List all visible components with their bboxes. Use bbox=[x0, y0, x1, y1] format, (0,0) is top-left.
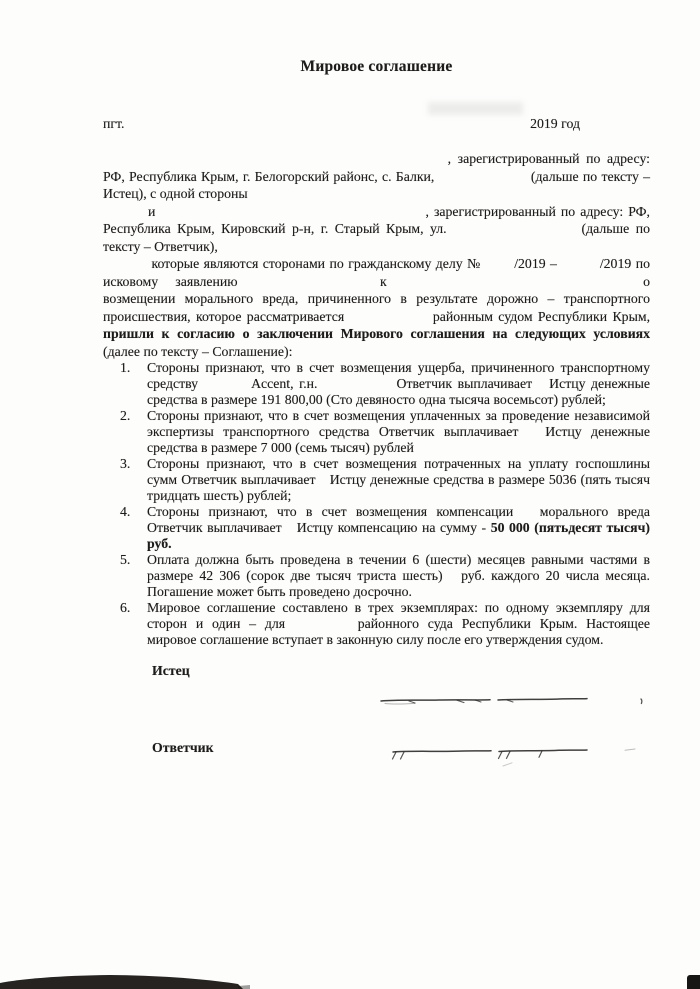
text-segment: пришли к согласию о заключении Мирового … bbox=[103, 326, 650, 341]
paragraph: которые являются сторонами по гражданско… bbox=[103, 255, 650, 360]
text-segment: сумм Ответчик выплачивает bbox=[147, 472, 316, 487]
term-number: 2. bbox=[120, 408, 130, 424]
term-number: 3. bbox=[120, 456, 130, 472]
text-segment: о bbox=[643, 274, 650, 289]
plaintiff-label: Истец bbox=[152, 663, 190, 679]
text-line: , зарегистрированный по адресу: bbox=[103, 150, 650, 168]
text-segment: Истец), с одной стороны bbox=[103, 186, 248, 201]
text-segment: средства в размере 7 000 (семь тысяч) ру… bbox=[147, 440, 414, 455]
text-line: происшествия, которое рассматривается ра… bbox=[103, 308, 650, 326]
scan-artifact-erased-text bbox=[428, 102, 523, 115]
signature-block: Истец Ответчик bbox=[103, 663, 650, 784]
text-segment: (дальше по тексту – bbox=[531, 169, 650, 184]
term-number: 4. bbox=[120, 504, 130, 520]
text-segment: Истцу денежные bbox=[549, 376, 650, 391]
text-line: и , зарегистрированный по адресу: РФ, bbox=[103, 203, 650, 221]
text-segment: Стороны признают, что в счет возмещения … bbox=[147, 360, 650, 375]
defendant-signature-line bbox=[389, 744, 639, 770]
text-segment: тридцать шесть) рублей; bbox=[147, 488, 291, 503]
text-line: Стороны признают, что в счет возмещения … bbox=[147, 360, 650, 376]
text-line: экспертизы транспортного средства Ответч… bbox=[147, 424, 650, 440]
text-segment: происшествия, которое рассматривается bbox=[103, 309, 344, 324]
text-segment: средства в размере 191 800,00 (Сто девян… bbox=[147, 392, 606, 407]
text-segment: к bbox=[380, 274, 387, 289]
text-line: Мировое соглашение составлено в трех экз… bbox=[147, 600, 650, 616]
text-line: сторон и один – для районного суда Респу… bbox=[147, 616, 650, 632]
text-segment: средству bbox=[147, 376, 198, 391]
text-line: тридцать шесть) рублей; bbox=[147, 488, 650, 504]
text-segment: районным судом Республики Крым, bbox=[433, 309, 650, 324]
text-line: тексту – Ответчик), bbox=[103, 238, 650, 256]
text-segment: Ответчик выплачивает bbox=[396, 376, 532, 391]
term-item: 3.Стороны признают, что в счет возмещени… bbox=[103, 456, 650, 504]
text-line: Стороны признают, что в счет возмещения … bbox=[147, 408, 650, 424]
text-line: исковому заявлению к о bbox=[103, 273, 650, 291]
text-line: Республика Крым, Кировский р-н, г. Стары… bbox=[103, 220, 650, 238]
text-segment: руб. каждого 20 числа месяца. bbox=[461, 568, 650, 583]
paragraph: и , зарегистрированный по адресу: РФ,Рес… bbox=[103, 203, 650, 256]
text-line: Ответчик выплачивает Истцу компенсацию н… bbox=[147, 520, 650, 536]
text-segment: Истцу денежные средства в размере 5036 (… bbox=[330, 472, 650, 487]
text-segment: мировое соглашение вступает в законную с… bbox=[147, 632, 603, 647]
text-line: Погашение может быть проведено досрочно. bbox=[147, 584, 650, 600]
text-segment: руб. bbox=[147, 536, 172, 551]
text-line: которые являются сторонами по гражданско… bbox=[103, 255, 650, 273]
text-segment: Стороны признают, что в счет возмещения … bbox=[147, 408, 650, 423]
settlement-place: пгт. bbox=[103, 115, 124, 132]
text-segment: размере 42 306 (сорок две тысяч триста ш… bbox=[147, 568, 443, 583]
term-item: 5.Оплата должна быть проведена в течении… bbox=[103, 552, 650, 600]
text-segment: Мировое соглашение составлено в трех экз… bbox=[147, 600, 650, 615]
text-segment: Истцу денежные bbox=[545, 424, 650, 439]
text-segment: морального вреда bbox=[540, 504, 650, 519]
text-line: средства в размере 7 000 (семь тысяч) ру… bbox=[147, 440, 650, 456]
term-number: 6. bbox=[120, 600, 130, 616]
text-segment: которые являются сторонами по гражданско… bbox=[151, 256, 481, 271]
text-line: средству Accent, г.н. Ответчик выплачива… bbox=[147, 376, 650, 392]
text-segment: Оплата должна быть проведена в течении 6… bbox=[147, 552, 650, 567]
text-line: мировое соглашение вступает в законную с… bbox=[147, 632, 650, 648]
text-line: возмещении морального вреда, причиненног… bbox=[103, 290, 650, 308]
defendant-label: Ответчик bbox=[152, 740, 214, 756]
text-line: сумм Ответчик выплачивает Истцу денежные… bbox=[147, 472, 650, 488]
term-item: 4.Стороны признают, что в счет возмещени… bbox=[103, 504, 650, 552]
text-segment: , зарегистрированный по адресу: РФ, bbox=[425, 204, 650, 219]
text-line: Истец), с одной стороны bbox=[103, 185, 650, 203]
paragraph: , зарегистрированный по адресу:РФ, Респу… bbox=[103, 150, 650, 203]
intro-paragraphs: , зарегистрированный по адресу:РФ, Респу… bbox=[103, 150, 650, 360]
text-segment: Истцу компенсацию на сумму - bbox=[297, 520, 486, 535]
text-line: РФ, Республика Крым, г. Белогорский райо… bbox=[103, 168, 650, 186]
text-segment: возмещении морального вреда, причиненног… bbox=[103, 291, 650, 306]
dateline: пгт. 2019 год bbox=[103, 115, 650, 132]
text-segment: /2019 – bbox=[514, 256, 557, 271]
term-number: 1. bbox=[120, 360, 130, 376]
text-line: пришли к согласию о заключении Мирового … bbox=[103, 325, 650, 343]
document-title: Мировое соглашение bbox=[103, 58, 650, 76]
term-item: 6.Мировое соглашение составлено в трех э… bbox=[103, 600, 650, 648]
scan-artifact-corner-block bbox=[687, 975, 700, 989]
text-segment: Республика Крым, Кировский р-н, г. Стары… bbox=[103, 221, 447, 236]
plaintiff-signature-row: Истец bbox=[103, 663, 650, 707]
term-item: 2.Стороны признают, что в счет возмещени… bbox=[103, 408, 650, 456]
defendant-signature-row: Ответчик bbox=[103, 740, 650, 784]
text-line: руб. bbox=[147, 536, 650, 552]
text-segment: Accent, г.н. bbox=[251, 376, 317, 391]
term-number: 5. bbox=[120, 552, 130, 568]
text-segment: исковому заявлению bbox=[103, 274, 238, 289]
text-segment: /2019 по bbox=[600, 256, 650, 271]
text-segment: (дальше по bbox=[582, 221, 651, 236]
text-line: (далее по тексту – Соглашение): bbox=[103, 343, 650, 361]
text-line: Стороны признают, что в счет возмещения … bbox=[147, 456, 650, 472]
text-segment: РФ, Республика Крым, г. Белогорский райо… bbox=[103, 169, 434, 184]
text-segment: 50 000 (пятьдесят тысяч) bbox=[491, 520, 650, 535]
text-segment: сторон и один – для bbox=[147, 616, 285, 631]
scanned-document-page: Мировое соглашение пгт. 2019 год , зарег… bbox=[0, 0, 700, 989]
text-segment: Стороны признают, что в счет возмещения … bbox=[147, 504, 513, 519]
terms-list: 1.Стороны признают, что в счет возмещени… bbox=[103, 360, 650, 648]
text-segment: Ответчик выплачивает bbox=[147, 520, 282, 535]
text-segment: районного суда Республики Крым. Настояще… bbox=[358, 616, 650, 631]
text-line: средства в размере 191 800,00 (Сто девян… bbox=[147, 392, 650, 408]
text-line: Стороны признают, что в счет возмещения … bbox=[147, 504, 650, 520]
text-segment: , зарегистрированный по адресу: bbox=[448, 151, 650, 166]
text-segment: (далее по тексту – Соглашение): bbox=[103, 344, 293, 359]
text-segment: Стороны признают, что в счет возмещения … bbox=[147, 456, 650, 471]
term-item: 1.Стороны признают, что в счет возмещени… bbox=[103, 360, 650, 408]
text-segment: и bbox=[148, 204, 155, 219]
text-line: размере 42 306 (сорок две тысяч триста ш… bbox=[147, 568, 650, 584]
scan-artifact-bottom-edge bbox=[0, 973, 250, 989]
text-segment: Погашение может быть проведено досрочно. bbox=[147, 584, 412, 599]
text-segment: тексту – Ответчик), bbox=[103, 239, 218, 254]
plaintiff-signature-line bbox=[379, 691, 647, 709]
text-segment: экспертизы транспортного средства Ответч… bbox=[147, 424, 518, 439]
settlement-year: 2019 год bbox=[530, 115, 580, 132]
text-line: Оплата должна быть проведена в течении 6… bbox=[147, 552, 650, 568]
